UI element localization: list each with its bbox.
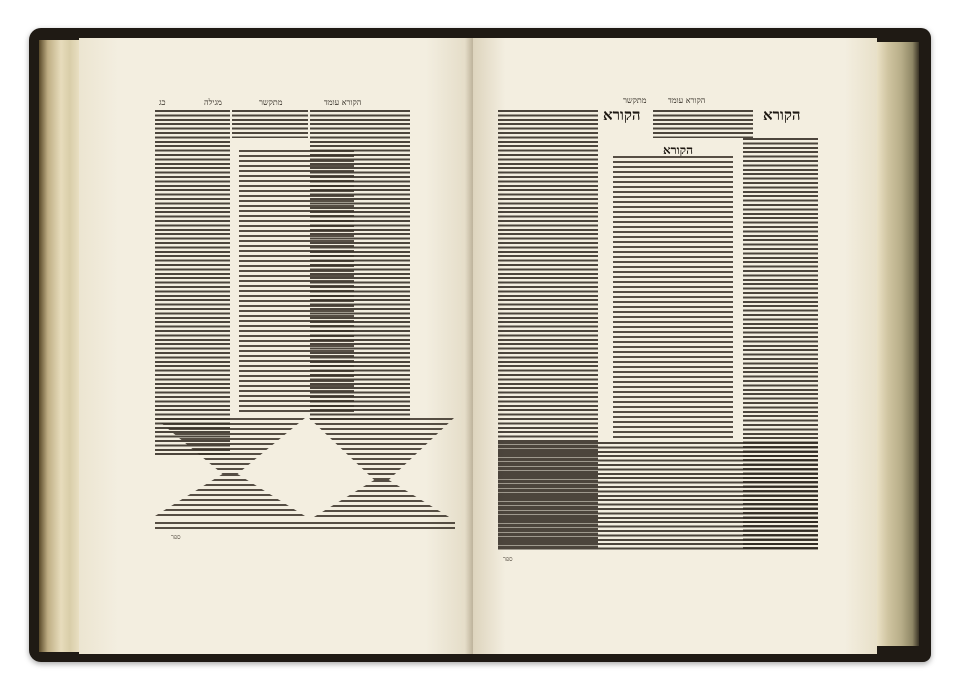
right-section-name: מתקשר — [623, 96, 647, 105]
right-top-commentary — [653, 110, 753, 138]
left-taper-lower — [155, 474, 305, 516]
right-bottom-commentary — [498, 442, 818, 550]
right-main-text — [613, 156, 733, 441]
left-section-name: מתקשר — [259, 98, 283, 107]
left-page: כג מגילה מתקשר הקורא עומד ספר — [79, 38, 473, 654]
right-large-heading-1: הקורא — [603, 106, 641, 125]
right-large-heading-2: הקורא — [763, 106, 801, 125]
right-taper-lower — [309, 480, 454, 520]
right-chapter-name: הקורא עומד — [668, 96, 705, 105]
right-taper-upper — [309, 418, 454, 480]
open-book: כג מגילה מתקשר הקורא עומד ספר מתקשר הקור… — [29, 28, 931, 662]
right-page-edges — [875, 42, 919, 646]
right-footer-mark: ספר — [503, 556, 513, 563]
left-signature-mark: ספר — [171, 534, 181, 541]
left-chapter-name: הקורא עומד — [324, 98, 361, 107]
left-top-commentary — [232, 110, 308, 138]
right-page: מתקשר הקורא עומד הקורא הקורא הקורא ספר — [473, 38, 877, 654]
left-main-text — [239, 150, 354, 415]
left-tractate-name: מגילה — [204, 98, 222, 107]
left-bottom-line — [155, 522, 455, 530]
left-outer-commentary — [155, 110, 230, 455]
left-page-edges — [39, 40, 83, 652]
left-folio-number: כג — [159, 98, 166, 107]
